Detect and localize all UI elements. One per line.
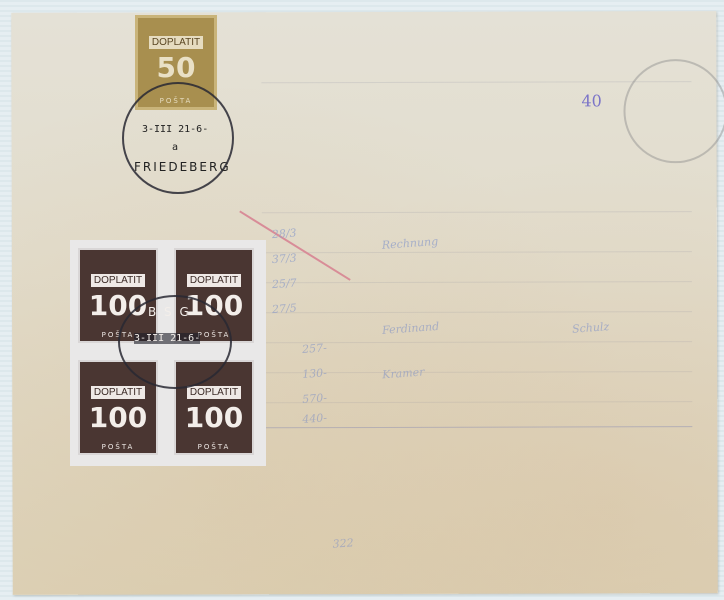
postmark-block: 3-III 21-6- B S G (118, 295, 232, 389)
handwriting: 25/7 (272, 276, 298, 291)
handwriting: 570- (302, 391, 328, 406)
handwriting: 28/3 (271, 226, 297, 241)
handwriting: 27/5 (272, 301, 298, 316)
postmark-friedeberg: 3-III 21-6- a FRIEDEBERG (122, 82, 234, 194)
faint-postmark (623, 59, 724, 163)
handwriting: 440- (302, 411, 328, 426)
handwriting: 37/3 (271, 251, 297, 266)
handwriting: 257- (302, 341, 328, 356)
ruled-lines (261, 41, 692, 432)
handwriting: Schulz (572, 320, 610, 336)
handwriting: Kramer (382, 365, 425, 381)
handwriting: 130- (302, 366, 328, 381)
handwriting: 322 (332, 536, 354, 550)
blue-pencil-mark: 40 (581, 91, 601, 110)
handwriting: Ferdinand (382, 320, 440, 337)
handwriting: Rechnung (381, 235, 438, 252)
